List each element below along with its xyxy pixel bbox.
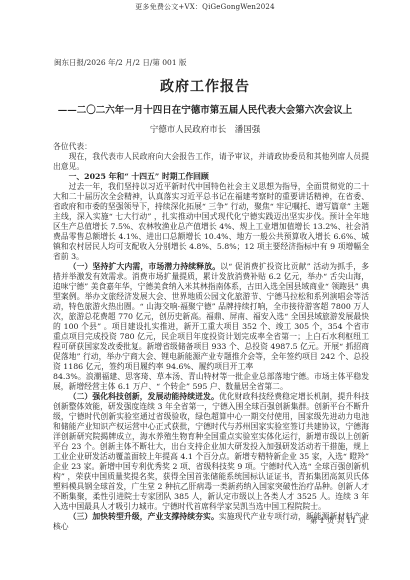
item-1-lead: （一）坚持扩大内需，市场潜力持续释放。: [69, 262, 221, 271]
author-line: 宁德市人民政府市长 潘国强: [0, 123, 410, 135]
item-1-text: 以“ 促消费扩投资比贡献” 活动为抓手，多措并举激发有效需求。消费市场扩量提质，…: [53, 262, 369, 371]
section-1-heading: 一、2025 年和“ 十四五” 时期工作回顾: [53, 172, 369, 182]
document-subtitle: ——二〇二六年一月十四日在宁德市第五届人民代表大会第六次会议上: [0, 102, 410, 116]
document-title: 政府工作报告: [0, 76, 410, 96]
intro-paragraph: 现在，我代表市人民政府向大会报告工作，请予审议，并请政协委员和其他列席人员提出意…: [53, 152, 369, 172]
item-2-text: 优化财政科技经费稳定增长机制，提升科技创新整体效能，研发强度连续 3 年全省第一…: [53, 392, 369, 511]
document-body: 各位代表： 现在，我代表市人民政府向大会报告工作，请予审议，并请政协委员和其他列…: [53, 142, 369, 532]
item-2-lead: （二）强化科技创新，发展动能持续迸发。: [69, 392, 219, 401]
document-page: 更多免费公文+VX：QiGeGongWen2024 闽东日报/2026 年/2 …: [0, 0, 410, 580]
masthead-source-line: 闽东日报/2026 年/2 月/2 日/第 001 版: [54, 57, 186, 68]
item-1-paragraph: （一）坚持扩大内需，市场潜力持续释放。以“ 促消费扩投资比贡献” 活动为抓手，多…: [53, 262, 369, 372]
item-3-lead: （三）加快转型升级，产业支撑持续夯实。: [69, 512, 219, 521]
watermark-text: 更多免费公文+VX：QiGeGongWen2024: [0, 2, 410, 12]
page-number: 第 1 页 共 11 页: [310, 515, 366, 526]
item-2-paragraph: （二）强化科技创新，发展动能持续迸发。优化财政科技经费稳定增长机制，提升科技创新…: [53, 392, 369, 512]
section-1-overview-paragraph: 过去一年，我们坚持以习近平新时代中国特色社会主义思想为指导，全面贯彻党的二十大和…: [53, 182, 369, 262]
salutation: 各位代表：: [53, 142, 369, 152]
item-1-continuation: 84.3%。浪潮福建、思客琦、草本汤、青山特材等一批企业总部落地宁德。市场主体平…: [53, 372, 369, 392]
